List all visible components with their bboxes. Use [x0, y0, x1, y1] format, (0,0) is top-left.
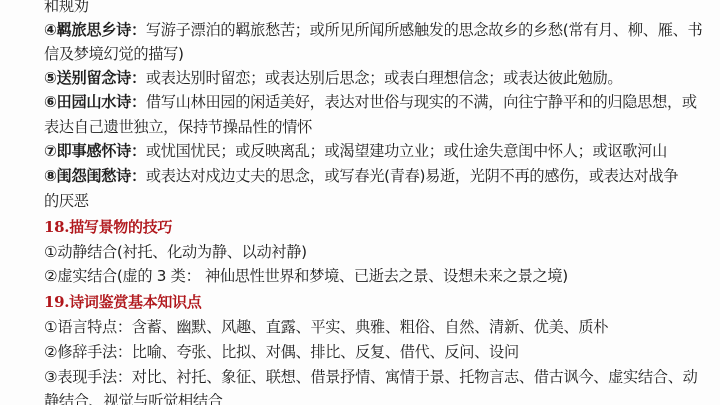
- text-line: 和规劝: [44, 0, 89, 16]
- technique-item: ①动静结合(衬托、化动为静、以动衬静): [44, 242, 307, 262]
- knowledge-item: ①语言特点：含蓄、幽默、风趣、直露、平实、典雅、粗俗、自然、清新、优美、质朴: [44, 317, 608, 337]
- knowledge-item: ③表现手法：对比、衬托、象征、联想、借景抒情、寓情于景、托物言志、借古讽今、虚实…: [44, 367, 697, 387]
- section-heading-19: 19.诗词鉴赏基本知识点: [44, 292, 202, 312]
- text-line: 的厌恶: [44, 191, 89, 211]
- poem-type-term: ④羁旅思乡诗：: [44, 21, 146, 39]
- line-text: 或表达别时留恋；或表达别后思念；或表白理想信念；或表达彼此勉励。: [146, 69, 622, 87]
- poem-type-line: ⑤送别留念诗：或表达别时留恋；或表达别后思念；或表白理想信念；或表达彼此勉励。: [44, 68, 622, 88]
- poem-type-line: ④羁旅思乡诗：写游子漂泊的羁旅愁苦；或所见所闻所感触发的思念故乡的乡愁(常有月、…: [44, 20, 702, 40]
- line-text: 借写山林田园的闲适美好，表达对世俗与现实的不满，向往宁静平和的归隐思想，或: [146, 93, 697, 111]
- poem-type-term: ⑧闺怨闺愁诗：: [44, 167, 146, 185]
- poem-type-line: ⑦即事感怀诗：或忧国忧民；或反映离乱；或渴望建功立业；或仕途失意闺中怀人；或讴歌…: [44, 141, 667, 161]
- line-text: 信及梦境幻觉的描写): [44, 45, 184, 63]
- line-text: 的厌恶: [44, 192, 89, 210]
- line-text: 表达自己遗世独立，保持节操品性的情怀: [44, 118, 312, 136]
- poem-type-term: ⑤送别留念诗：: [44, 69, 146, 87]
- poem-type-term: ⑦即事感怀诗：: [44, 142, 146, 160]
- line-text: 或表达对戍边丈夫的思念，或写春光(青春)易逝，光阴不再的感伤，或表达对战争: [146, 167, 678, 185]
- line-text: 或忧国忧民；或反映离乱；或渴望建功立业；或仕途失意闺中怀人；或讴歌河山: [146, 142, 667, 160]
- poem-type-term: ⑥田园山水诗：: [44, 93, 146, 111]
- line-text: 和规劝: [44, 0, 89, 15]
- line-text: 写游子漂泊的羁旅愁苦；或所见所闻所感触发的思念故乡的乡愁(常有月、柳、雁、书: [146, 21, 702, 39]
- section-heading-18: 18.描写景物的技巧: [44, 217, 172, 237]
- poem-type-line: ⑥田园山水诗：借写山林田园的闲适美好，表达对世俗与现实的不满，向往宁静平和的归隐…: [44, 92, 697, 112]
- knowledge-item: 静结合、视觉与听觉相结合: [44, 391, 223, 405]
- document-page: 和规劝 ④羁旅思乡诗：写游子漂泊的羁旅愁苦；或所见所闻所感触发的思念故乡的乡愁(…: [0, 0, 720, 405]
- text-line: 表达自己遗世独立，保持节操品性的情怀: [44, 117, 312, 137]
- knowledge-item: ②修辞手法：比喻、夸张、比拟、对偶、排比、反复、借代、反问、设问: [44, 342, 519, 362]
- technique-item: ②虚实结合(虚的 3 类： 神仙思性世界和梦境、已逝去之景、设想未来之景之境): [44, 266, 568, 286]
- poem-type-line: ⑧闺怨闺愁诗：或表达对戍边丈夫的思念，或写春光(青春)易逝，光阴不再的感伤，或表…: [44, 166, 678, 186]
- text-line: 信及梦境幻觉的描写): [44, 44, 184, 64]
